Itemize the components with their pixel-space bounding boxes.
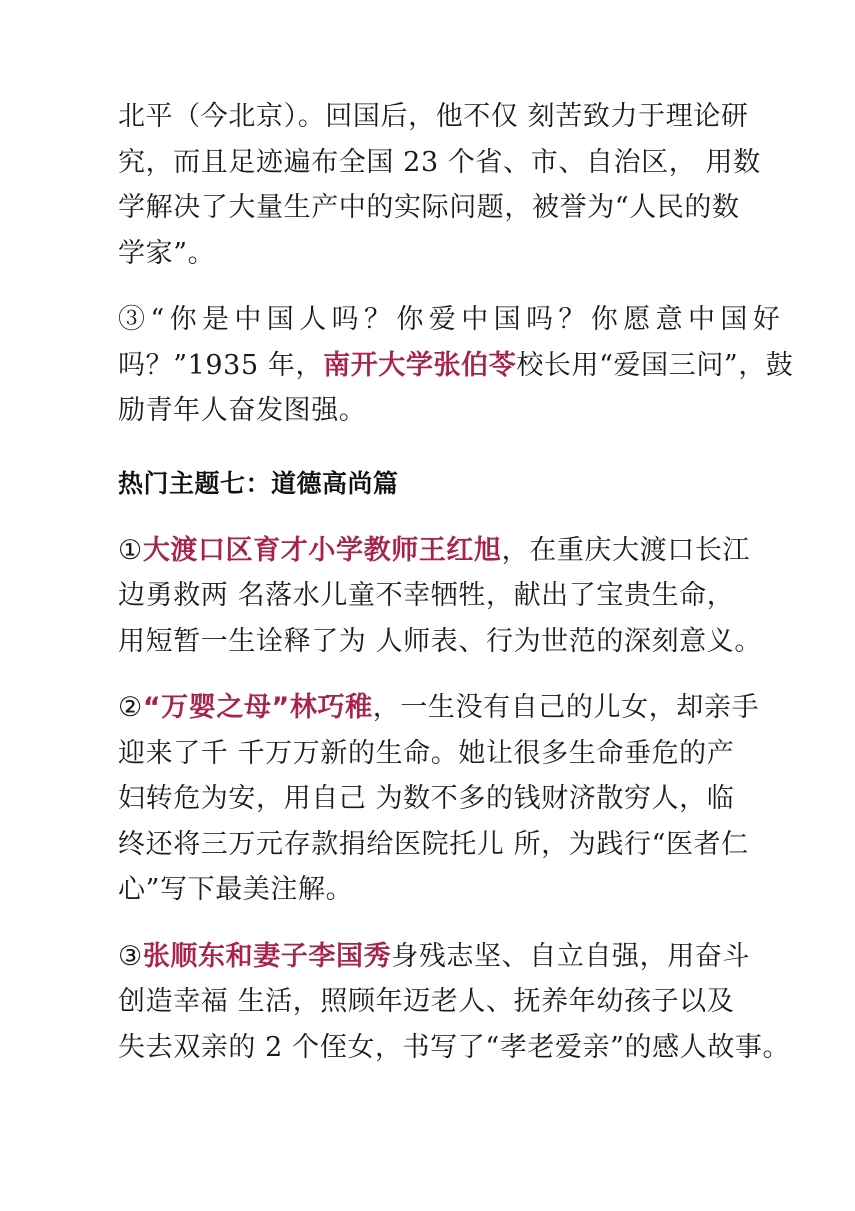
text-segment: 身残志坚、自立自强，用奋斗 (391, 941, 750, 972)
text-line: ①大渡口区育才小学教师王红旭，在重庆大渡口长江 (118, 528, 742, 574)
text-segment: 吗？”1935 年， (118, 350, 323, 381)
text-line: 学家”。 (118, 231, 742, 277)
text-line: 迎来了千 千万万新的生命。她让很多生命垂危的产 (118, 731, 742, 777)
text-line: 失去双亲的 2 个侄女，书写了“孝老爱亲”的感人故事。 (118, 1025, 742, 1071)
text-line: 北平（今北京）。回国后，他不仅 刻苦致力于理论研 (118, 94, 742, 140)
highlighted-name: 大渡口区育才小学教师王红旭 (143, 535, 502, 566)
paragraph-hua-luogeng: 北平（今北京）。回国后，他不仅 刻苦致力于理论研 究，而且足迹遍布全国 23 个… (118, 94, 742, 276)
text-line: 创造幸福 生活，照顾年迈老人、抚养年幼孩子以及 (118, 979, 742, 1025)
text-line: 终还将三万元存款捐给医院托儿 所，为践行“医者仁 (118, 822, 742, 868)
paragraph-zhang-shundong: ③张顺东和妻子李国秀身残志坚、自立自强，用奋斗 创造幸福 生活，照顾年迈老人、抚… (118, 934, 742, 1071)
text-segment: ，一生没有自己的儿女，却亲手 (373, 692, 759, 723)
list-marker: ① (118, 535, 143, 566)
text-line: ③“你是中国人吗？你爱中国吗？你愿意中国好 (118, 297, 742, 343)
document-page: 北平（今北京）。回国后，他不仅 刻苦致力于理论研 究，而且足迹遍布全国 23 个… (118, 94, 742, 1070)
text-segment: ，在重庆大渡口长江 (502, 535, 750, 566)
text-line: ③张顺东和妻子李国秀身残志坚、自立自强，用奋斗 (118, 934, 742, 980)
text-line: 学解决了大量生产中的实际问题，被誉为“人民的数 (118, 185, 742, 231)
paragraph-wang-hongxu: ①大渡口区育才小学教师王红旭，在重庆大渡口长江 边勇救两 名落水儿童不幸牺牲，献… (118, 528, 742, 665)
list-marker: ③ (118, 941, 143, 972)
text-line: 妇转危为安，用自己 为数不多的钱财济散穷人，临 (118, 776, 742, 822)
text-line: 究，而且足迹遍布全国 23 个省、市、自治区， 用数 (118, 140, 742, 186)
text-segment: 校长用“爱国三问”，鼓 (516, 350, 793, 381)
text-line: 边勇救两 名落水儿童不幸牺牲，献出了宝贵生命， (118, 573, 742, 619)
highlighted-name: 南开大学张伯苓 (323, 350, 516, 381)
highlighted-name: “万婴之母”林巧稚 (143, 692, 373, 723)
text-line: ②“万婴之母”林巧稚，一生没有自己的儿女，却亲手 (118, 685, 742, 731)
list-marker: ② (118, 692, 143, 723)
highlighted-name: 张顺东和妻子李国秀 (143, 941, 391, 972)
text-line: 吗？”1935 年，南开大学张伯苓校长用“爱国三问”，鼓 (118, 343, 742, 389)
paragraph-lin-qiaozhi: ②“万婴之母”林巧稚，一生没有自己的儿女，却亲手 迎来了千 千万万新的生命。她让… (118, 685, 742, 913)
section-heading: 热门主题七：道德高尚篇 (118, 464, 742, 504)
text-line: 心”写下最美注解。 (118, 867, 742, 913)
text-line: 励青年人奋发图强。 (118, 388, 742, 434)
text-line: 用短暂一生诠释了为 人师表、行为世范的深刻意义。 (118, 619, 742, 665)
paragraph-zhang-boling: ③“你是中国人吗？你爱中国吗？你愿意中国好 吗？”1935 年，南开大学张伯苓校… (118, 297, 742, 434)
